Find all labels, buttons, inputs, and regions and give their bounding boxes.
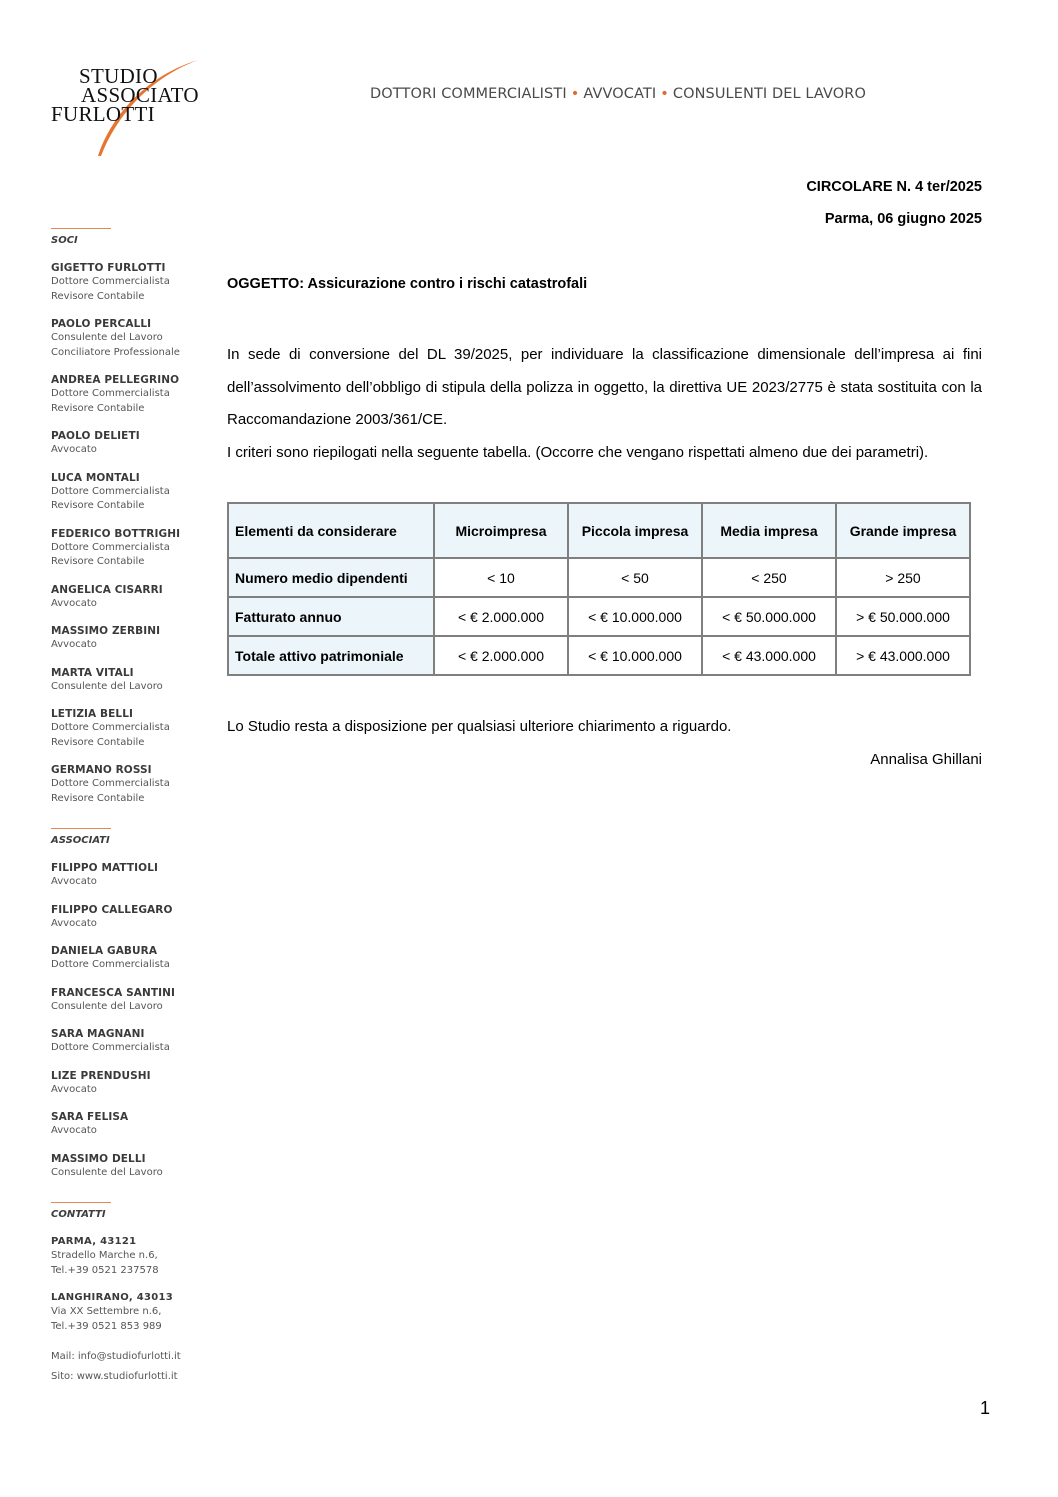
person-entry: FILIPPO CALLEGAROAvvocato (51, 903, 201, 932)
table-header-cell: Media impresa (702, 503, 836, 558)
table-row: Numero medio dipendenti < 10 < 50 < 250 … (228, 558, 970, 597)
person-role: Avvocato (51, 1083, 201, 1098)
person-entry: DANIELA GABURADottore Commercialista (51, 944, 201, 973)
section-divider (51, 1202, 111, 1203)
person-name: DANIELA GABURA (51, 944, 201, 958)
studio-logo: STUDIO ASSOCIATO FURLOTTI (50, 58, 210, 158)
office-entry: PARMA, 43121Stradello Marche n.6,Tel.+39… (51, 1235, 201, 1278)
person-entry: PAOLO DELIETIAvvocato (51, 429, 201, 458)
person-role: Conciliatore Professionale (51, 346, 201, 361)
person-role: Revisore Contabile (51, 792, 201, 807)
person-role: Consulente del Lavoro (51, 1166, 201, 1181)
section-divider (51, 828, 111, 829)
letter-date: Parma, 06 giugno 2025 (825, 211, 982, 227)
table-cell: < € 50.000.000 (702, 597, 836, 636)
person-entry: MASSIMO DELLIConsulente del Lavoro (51, 1152, 201, 1181)
person-entry: PAOLO PERCALLIConsulente del LavoroConci… (51, 317, 201, 360)
table-header-cell: Elementi da considerare (228, 503, 434, 558)
person-entry: GERMANO ROSSIDottore CommercialistaRevis… (51, 763, 201, 806)
person-name: ANDREA PELLEGRINO (51, 373, 201, 387)
section-title: SOCI (51, 235, 201, 246)
table-cell: > € 50.000.000 (836, 597, 970, 636)
person-name: LIZE PRENDUSHI (51, 1069, 201, 1083)
table-cell: < € 43.000.000 (702, 636, 836, 675)
person-entry: LUCA MONTALIDottore CommercialistaReviso… (51, 471, 201, 514)
table-cell: < 10 (434, 558, 568, 597)
person-role: Dottore Commercialista (51, 721, 201, 736)
person-entry: ANGELICA CISARRIAvvocato (51, 583, 201, 612)
contatti-list: PARMA, 43121Stradello Marche n.6,Tel.+39… (51, 1235, 201, 1334)
person-name: FILIPPO CALLEGARO (51, 903, 201, 917)
office-name: LANGHIRANO, 43013 (51, 1291, 201, 1305)
sidebar: SOCI GIGETTO FURLOTTIDottore Commerciali… (51, 228, 201, 1409)
person-entry: SARA MAGNANIDottore Commercialista (51, 1027, 201, 1056)
person-name: SARA MAGNANI (51, 1027, 201, 1041)
person-role: Consulente del Lavoro (51, 1000, 201, 1015)
office-detail: Tel.+39 0521 853 989 (51, 1320, 201, 1335)
person-role: Avvocato (51, 597, 201, 612)
person-name: GERMANO ROSSI (51, 763, 201, 777)
tagline-item: CONSULENTI DEL LAVORO (673, 86, 866, 102)
person-role: Revisore Contabile (51, 290, 201, 305)
person-role: Consulente del Lavoro (51, 331, 201, 346)
person-role: Revisore Contabile (51, 402, 201, 417)
person-role: Dottore Commercialista (51, 777, 201, 792)
person-role: Avvocato (51, 875, 201, 890)
circolare-number: CIRCOLARE N. 4 ter/2025 (806, 179, 982, 195)
table-row-label: Fatturato annuo (228, 597, 434, 636)
table-header-cell: Microimpresa (434, 503, 568, 558)
page-number: 1 (980, 1398, 990, 1419)
letter-body: In sede di conversione del DL 39/2025, p… (227, 339, 982, 469)
person-entry: FRANCESCA SANTINIConsulente del Lavoro (51, 986, 201, 1015)
closing-text: Lo Studio resta a disposizione per quals… (227, 718, 731, 735)
table-header-cell: Piccola impresa (568, 503, 702, 558)
section-divider (51, 228, 111, 229)
person-entry: FEDERICO BOTTRIGHIDottore Commercialista… (51, 527, 201, 570)
person-entry: GIGETTO FURLOTTIDottore CommercialistaRe… (51, 261, 201, 304)
criteria-table: Elementi da considerare Microimpresa Pic… (227, 502, 971, 676)
person-role: Revisore Contabile (51, 736, 201, 751)
person-entry: FILIPPO MATTIOLIAvvocato (51, 861, 201, 890)
person-name: PAOLO DELIETI (51, 429, 201, 443)
table-cell: < 50 (568, 558, 702, 597)
person-entry: MASSIMO ZERBINIAvvocato (51, 624, 201, 653)
separator-dot: • (571, 86, 580, 102)
office-detail: Via XX Settembre n.6, (51, 1305, 201, 1320)
person-name: LETIZIA BELLI (51, 707, 201, 721)
person-role: Dottore Commercialista (51, 387, 201, 402)
person-role: Dottore Commercialista (51, 1041, 201, 1056)
person-role: Avvocato (51, 443, 201, 458)
table-cell: < € 2.000.000 (434, 636, 568, 675)
table-header-row: Elementi da considerare Microimpresa Pic… (228, 503, 970, 558)
person-name: LUCA MONTALI (51, 471, 201, 485)
person-name: FRANCESCA SANTINI (51, 986, 201, 1000)
person-role: Dottore Commercialista (51, 541, 201, 556)
table-row: Fatturato annuo < € 2.000.000 < € 10.000… (228, 597, 970, 636)
associati-section: ASSOCIATI FILIPPO MATTIOLIAvvocatoFILIPP… (51, 828, 201, 1180)
paragraph: In sede di conversione del DL 39/2025, p… (227, 339, 982, 437)
soci-section: SOCI GIGETTO FURLOTTIDottore Commerciali… (51, 228, 201, 806)
office-name: PARMA, 43121 (51, 1235, 201, 1249)
tagline: DOTTORI COMMERCIALISTI•AVVOCATI•CONSULEN… (370, 86, 866, 102)
contatti-section: CONTATTI PARMA, 43121Stradello Marche n.… (51, 1202, 201, 1387)
tagline-item: AVVOCATI (583, 86, 656, 102)
logo-line-3: FURLOTTI (51, 104, 155, 124)
person-entry: MARTA VITALIConsulente del Lavoro (51, 666, 201, 695)
table-row-label: Numero medio dipendenti (228, 558, 434, 597)
mail-link[interactable]: Mail: info@studiofurlotti.it (51, 1347, 201, 1367)
table-cell: < € 2.000.000 (434, 597, 568, 636)
signature: Annalisa Ghillani (870, 751, 982, 768)
person-name: SARA FELISA (51, 1110, 201, 1124)
table-cell: < € 10.000.000 (568, 597, 702, 636)
person-entry: LETIZIA BELLIDottore CommercialistaRevis… (51, 707, 201, 750)
person-name: FEDERICO BOTTRIGHI (51, 527, 201, 541)
person-name: GIGETTO FURLOTTI (51, 261, 201, 275)
person-role: Revisore Contabile (51, 555, 201, 570)
person-role: Avvocato (51, 1124, 201, 1139)
person-name: FILIPPO MATTIOLI (51, 861, 201, 875)
person-entry: SARA FELISAAvvocato (51, 1110, 201, 1139)
separator-dot: • (660, 86, 669, 102)
associati-list: FILIPPO MATTIOLIAvvocatoFILIPPO CALLEGAR… (51, 861, 201, 1180)
person-name: MASSIMO DELLI (51, 1152, 201, 1166)
table-row: Totale attivo patrimoniale < € 2.000.000… (228, 636, 970, 675)
person-entry: LIZE PRENDUSHIAvvocato (51, 1069, 201, 1098)
office-detail: Stradello Marche n.6, (51, 1249, 201, 1264)
table-cell: < € 10.000.000 (568, 636, 702, 675)
table-cell: > € 43.000.000 (836, 636, 970, 675)
person-role: Dottore Commercialista (51, 958, 201, 973)
table-cell: > 250 (836, 558, 970, 597)
person-name: MARTA VITALI (51, 666, 201, 680)
person-role: Consulente del Lavoro (51, 680, 201, 695)
letter-subject: OGGETTO: Assicurazione contro i rischi c… (227, 276, 587, 292)
paragraph: I criteri sono riepilogati nella seguent… (227, 437, 982, 470)
table-row-label: Totale attivo patrimoniale (228, 636, 434, 675)
person-name: PAOLO PERCALLI (51, 317, 201, 331)
soci-list: GIGETTO FURLOTTIDottore CommercialistaRe… (51, 261, 201, 806)
person-role: Revisore Contabile (51, 499, 201, 514)
person-name: MASSIMO ZERBINI (51, 624, 201, 638)
tagline-item: DOTTORI COMMERCIALISTI (370, 86, 567, 102)
section-title: CONTATTI (51, 1209, 201, 1220)
person-role: Dottore Commercialista (51, 275, 201, 290)
site-link[interactable]: Sito: www.studiofurlotti.it (51, 1367, 201, 1387)
person-entry: ANDREA PELLEGRINODottore CommercialistaR… (51, 373, 201, 416)
table-header-cell: Grande impresa (836, 503, 970, 558)
person-role: Dottore Commercialista (51, 485, 201, 500)
office-entry: LANGHIRANO, 43013Via XX Settembre n.6,Te… (51, 1291, 201, 1334)
table-cell: < 250 (702, 558, 836, 597)
person-name: ANGELICA CISARRI (51, 583, 201, 597)
section-title: ASSOCIATI (51, 835, 201, 846)
person-role: Avvocato (51, 917, 201, 932)
person-role: Avvocato (51, 638, 201, 653)
office-detail: Tel.+39 0521 237578 (51, 1264, 201, 1279)
